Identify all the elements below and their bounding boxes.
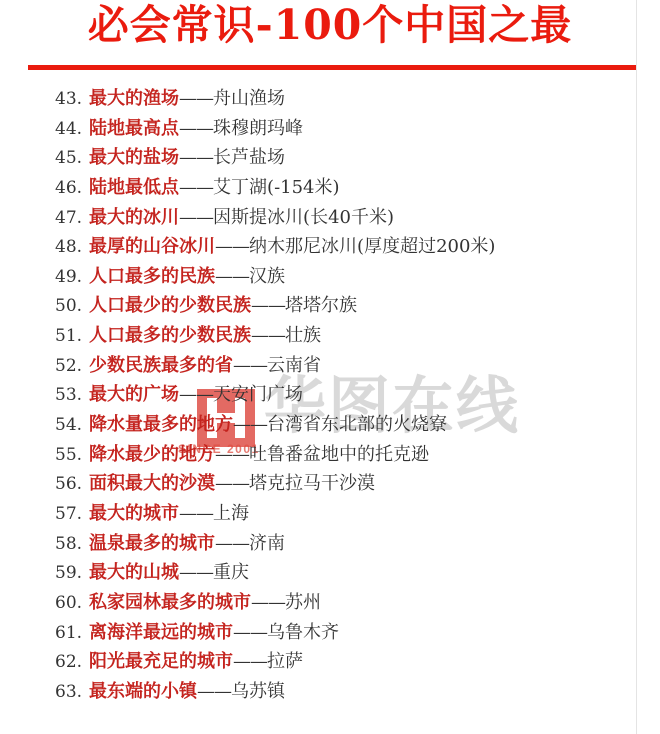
item-dash: —— — [233, 414, 267, 435]
list-item: 63.最东端的小镇——乌苏镇 — [55, 677, 495, 707]
item-dash: —— — [215, 473, 249, 494]
knowledge-list: 43.最大的渔场——舟山渔场 44.陆地最高点——珠穆朗玛峰 45.最大的盐场—… — [55, 84, 495, 706]
list-item: 59.最大的山城——重庆 — [55, 558, 495, 588]
item-number: 61. — [55, 623, 82, 643]
item-dash: —— — [179, 177, 213, 198]
list-item: 48.最厚的山谷冰川——纳木那尼冰川(厚度超过200米) — [55, 232, 495, 262]
item-answer: 因斯提冰川(长40千米) — [213, 207, 394, 228]
item-term: 最大的渔场 — [89, 88, 179, 109]
item-number: 46. — [55, 178, 82, 198]
item-number: 49. — [55, 267, 82, 287]
item-number: 52. — [55, 356, 82, 376]
item-answer: 天安门广场 — [213, 384, 303, 405]
item-number: 44. — [55, 119, 82, 139]
item-number: 57. — [55, 504, 82, 524]
item-term: 少数民族最多的省 — [89, 355, 233, 376]
list-item: 61.离海洋最远的城市——乌鲁木齐 — [55, 618, 495, 648]
item-term: 人口最多的少数民族 — [89, 325, 251, 346]
item-term: 最大的山城 — [89, 562, 179, 583]
item-term: 阳光最充足的城市 — [89, 651, 233, 672]
item-dash: —— — [251, 295, 285, 316]
item-term: 最大的广场 — [89, 384, 179, 405]
item-number: 62. — [55, 652, 82, 672]
item-number: 53. — [55, 385, 82, 405]
item-term: 离海洋最远的城市 — [89, 622, 233, 643]
list-item: 62.阳光最充足的城市——拉萨 — [55, 647, 495, 677]
page-right-border — [636, 0, 637, 734]
item-answer: 吐鲁番盆地中的托克逊 — [249, 444, 429, 465]
list-item: 54.降水量最多的地方——台湾省东北部的火烧寮 — [55, 410, 495, 440]
item-dash: —— — [197, 681, 231, 702]
document-page: 必会常识-100个中国之最 SINCE 2001 华图在线 43.最大的渔场——… — [0, 0, 660, 734]
item-answer: 珠穆朗玛峰 — [213, 118, 303, 139]
item-dash: —— — [179, 503, 213, 524]
item-dash: —— — [251, 592, 285, 613]
item-number: 47. — [55, 208, 82, 228]
item-dash: —— — [233, 622, 267, 643]
list-item: 51.人口最多的少数民族——壮族 — [55, 321, 495, 351]
list-item: 50.人口最少的少数民族——塔塔尔族 — [55, 291, 495, 321]
item-term: 最东端的小镇 — [89, 681, 197, 702]
item-number: 54. — [55, 415, 82, 435]
item-dash: —— — [233, 355, 267, 376]
item-dash: —— — [233, 651, 267, 672]
list-item: 45.最大的盐场——长芦盐场 — [55, 143, 495, 173]
item-dash: —— — [215, 236, 249, 257]
item-answer: 重庆 — [213, 562, 249, 583]
item-dash: —— — [179, 562, 213, 583]
title-divider — [28, 65, 636, 70]
item-number: 55. — [55, 445, 82, 465]
list-item: 53.最大的广场——天安门广场 — [55, 380, 495, 410]
item-dash: —— — [215, 266, 249, 287]
item-term: 私家园林最多的城市 — [89, 592, 251, 613]
list-item: 47.最大的冰川——因斯提冰川(长40千米) — [55, 203, 495, 233]
item-term: 最大的冰川 — [89, 207, 179, 228]
list-item: 56.面积最大的沙漠——塔克拉马干沙漠 — [55, 469, 495, 499]
list-item: 46.陆地最低点——艾丁湖(-154米) — [55, 173, 495, 203]
item-number: 48. — [55, 237, 82, 257]
item-dash: —— — [179, 384, 213, 405]
item-number: 50. — [55, 296, 82, 316]
list-item: 43.最大的渔场——舟山渔场 — [55, 84, 495, 114]
item-dash: —— — [179, 88, 213, 109]
item-number: 60. — [55, 593, 82, 613]
item-answer: 长芦盐场 — [213, 147, 285, 168]
item-answer: 苏州 — [285, 592, 321, 613]
item-number: 56. — [55, 474, 82, 494]
item-number: 43. — [55, 89, 82, 109]
item-term: 人口最少的少数民族 — [89, 295, 251, 316]
item-term: 温泉最多的城市 — [89, 533, 215, 554]
list-item: 60.私家园林最多的城市——苏州 — [55, 588, 495, 618]
item-answer: 拉萨 — [267, 651, 303, 672]
item-answer: 塔塔尔族 — [285, 295, 357, 316]
item-answer: 塔克拉马干沙漠 — [249, 473, 375, 494]
item-number: 58. — [55, 534, 82, 554]
item-term: 陆地最高点 — [89, 118, 179, 139]
item-term: 陆地最低点 — [89, 177, 179, 198]
item-dash: —— — [179, 118, 213, 139]
item-answer: 舟山渔场 — [213, 88, 285, 109]
item-answer: 汉族 — [249, 266, 285, 287]
item-number: 63. — [55, 682, 82, 702]
item-term: 最大的城市 — [89, 503, 179, 524]
page-title: 必会常识-100个中国之最 — [0, 0, 660, 54]
item-term: 降水量最多的地方 — [89, 414, 233, 435]
list-item: 52.少数民族最多的省——云南省 — [55, 351, 495, 381]
item-answer: 济南 — [249, 533, 285, 554]
list-item: 58.温泉最多的城市——济南 — [55, 529, 495, 559]
item-term: 人口最多的民族 — [89, 266, 215, 287]
item-dash: —— — [179, 207, 213, 228]
item-answer: 乌苏镇 — [231, 681, 285, 702]
item-dash: —— — [179, 147, 213, 168]
item-answer: 壮族 — [285, 325, 321, 346]
list-item: 44.陆地最高点——珠穆朗玛峰 — [55, 114, 495, 144]
list-item: 49.人口最多的民族——汉族 — [55, 262, 495, 292]
item-answer: 云南省 — [267, 355, 321, 376]
item-term: 面积最大的沙漠 — [89, 473, 215, 494]
item-answer: 上海 — [213, 503, 249, 524]
item-answer: 艾丁湖(-154米) — [213, 177, 339, 198]
item-dash: —— — [215, 444, 249, 465]
item-number: 45. — [55, 148, 82, 168]
item-answer: 纳木那尼冰川(厚度超过200米) — [249, 236, 495, 257]
item-number: 51. — [55, 326, 82, 346]
item-answer: 台湾省东北部的火烧寮 — [267, 414, 447, 435]
item-dash: —— — [251, 325, 285, 346]
item-answer: 乌鲁木齐 — [267, 622, 339, 643]
item-dash: —— — [215, 533, 249, 554]
list-item: 57.最大的城市——上海 — [55, 499, 495, 529]
item-number: 59. — [55, 563, 82, 583]
item-term: 降水最少的地方 — [89, 444, 215, 465]
item-term: 最大的盐场 — [89, 147, 179, 168]
list-item: 55.降水最少的地方——吐鲁番盆地中的托克逊 — [55, 440, 495, 470]
item-term: 最厚的山谷冰川 — [89, 236, 215, 257]
